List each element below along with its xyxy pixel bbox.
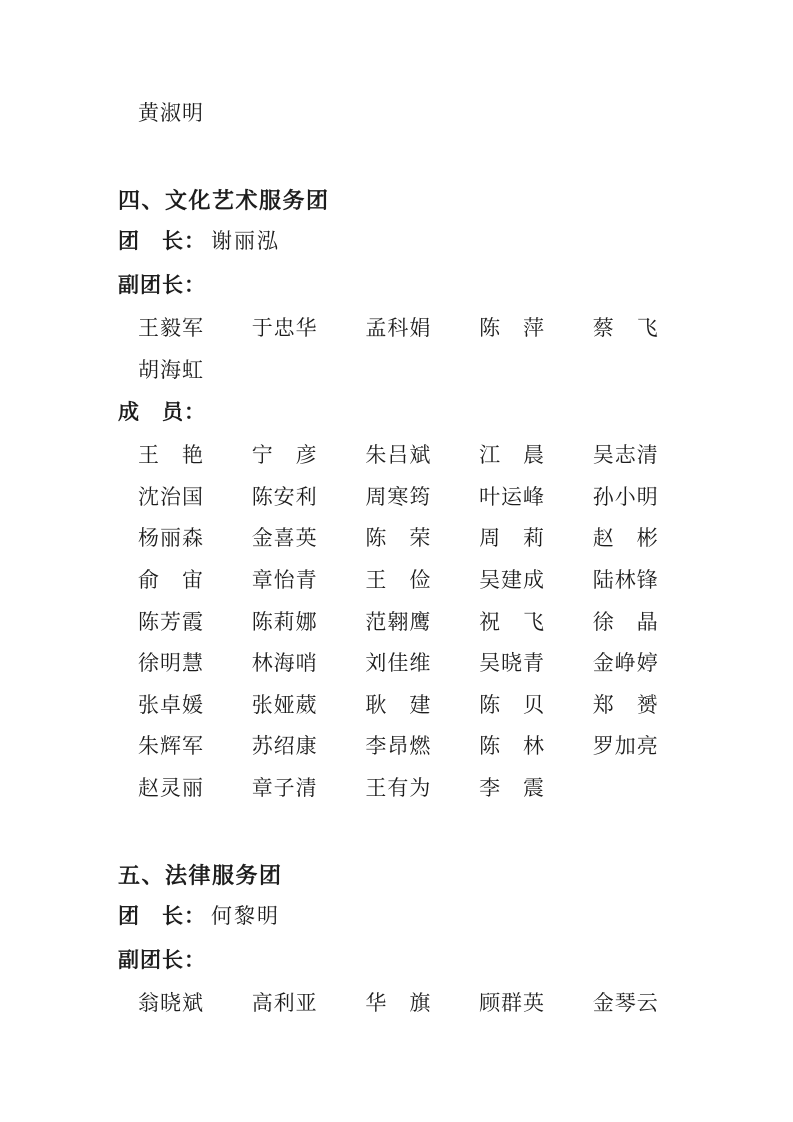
leader-name: 何黎明 — [211, 904, 280, 928]
name-row: 黄淑明 — [0, 93, 793, 135]
person-name: 王 艳 — [138, 435, 252, 477]
name-row: 胡海虹 — [0, 350, 793, 392]
person-name: 陆林锋 — [593, 560, 707, 602]
person-name: 吴志清 — [593, 435, 707, 477]
person-name: 徐 晶 — [593, 602, 707, 644]
person-name: 金喜英 — [252, 518, 366, 560]
name-row: 翁晓斌高利亚华 旗顾群英金琴云 — [0, 983, 793, 1025]
name-row: 陈芳霞陈莉娜范翱鹰祝 飞徐 晶 — [0, 602, 793, 644]
person-name: 郑 赟 — [593, 685, 707, 727]
person-name: 苏绍康 — [252, 726, 366, 768]
person-name: 赵 彬 — [593, 518, 707, 560]
name-row: 杨丽森金喜英陈 荣周 莉赵 彬 — [0, 518, 793, 560]
name-row: 王毅军于忠华孟科娟陈 萍蔡 飞 — [0, 308, 793, 350]
person-name: 章子清 — [252, 768, 366, 810]
person-name: 沈治国 — [138, 477, 252, 519]
person-name: 孟科娟 — [365, 308, 479, 350]
person-name: 罗加亮 — [593, 726, 707, 768]
person-name: 叶运峰 — [479, 477, 593, 519]
name-row: 王 艳宁 彦朱吕斌江 晨吴志清 — [0, 435, 793, 477]
person-name: 高利亚 — [252, 983, 366, 1025]
person-name: 李昂燃 — [365, 726, 479, 768]
person-name: 胡海虹 — [138, 350, 252, 392]
role-line: 团 长：何黎明 — [0, 896, 793, 940]
person-name: 王毅军 — [138, 308, 252, 350]
person-name: 林海哨 — [252, 643, 366, 685]
section-heading: 五、法律服务团 — [0, 855, 793, 897]
person-name: 祝 飞 — [479, 602, 593, 644]
person-name: 王有为 — [365, 768, 479, 810]
person-name: 徐明慧 — [138, 643, 252, 685]
role-label: 副团长： — [118, 274, 206, 297]
person-name: 章怡青 — [252, 560, 366, 602]
document-page: 黄淑明四、文化艺术服务团团 长：谢丽泓副团长：王毅军于忠华孟科娟陈 萍蔡 飞胡海… — [0, 0, 793, 1122]
name-row: 沈治国陈安利周寒筠叶运峰孙小明 — [0, 477, 793, 519]
person-name: 蔡 飞 — [593, 308, 707, 350]
person-name: 杨丽森 — [138, 518, 252, 560]
name-row: 张卓媛张娅葳耿 建陈 贝郑 赟 — [0, 685, 793, 727]
leader-name: 谢丽泓 — [211, 229, 280, 253]
section-heading: 四、文化艺术服务团 — [0, 180, 793, 222]
role-line: 团 长：谢丽泓 — [0, 221, 793, 265]
person-name: 江 晨 — [479, 435, 593, 477]
person-name: 吴晓青 — [479, 643, 593, 685]
person-name: 黄淑明 — [138, 93, 252, 135]
name-row: 俞 宙章怡青王 俭吴建成陆林锋 — [0, 560, 793, 602]
role-label: 团 长： — [118, 230, 206, 253]
name-row: 徐明慧林海哨刘佳维吴晓青金峥婷 — [0, 643, 793, 685]
role-label: 团 长： — [118, 905, 206, 928]
person-name: 张卓媛 — [138, 685, 252, 727]
person-name: 周 莉 — [479, 518, 593, 560]
document-content: 黄淑明四、文化艺术服务团团 长：谢丽泓副团长：王毅军于忠华孟科娟陈 萍蔡 飞胡海… — [0, 0, 793, 1025]
person-name: 华 旗 — [365, 983, 479, 1025]
person-name: 陈芳霞 — [138, 602, 252, 644]
person-name: 翁晓斌 — [138, 983, 252, 1025]
person-name: 吴建成 — [479, 560, 593, 602]
person-name: 陈 贝 — [479, 685, 593, 727]
person-name: 刘佳维 — [365, 643, 479, 685]
person-name: 周寒筠 — [365, 477, 479, 519]
person-name: 宁 彦 — [252, 435, 366, 477]
role-line: 成 员： — [0, 392, 793, 436]
person-name: 赵灵丽 — [138, 768, 252, 810]
person-name: 李 震 — [479, 768, 593, 810]
role-label: 副团长： — [118, 949, 206, 972]
name-row: 朱辉军苏绍康李昂燃陈 林罗加亮 — [0, 726, 793, 768]
name-row: 赵灵丽章子清王有为李 震 — [0, 768, 793, 810]
person-name: 王 俭 — [365, 560, 479, 602]
person-name: 陈 荣 — [365, 518, 479, 560]
person-name: 朱辉军 — [138, 726, 252, 768]
person-name: 范翱鹰 — [365, 602, 479, 644]
person-name: 于忠华 — [252, 308, 366, 350]
person-name: 金峥婷 — [593, 643, 707, 685]
person-name: 陈 林 — [479, 726, 593, 768]
person-name: 俞 宙 — [138, 560, 252, 602]
person-name: 陈 萍 — [479, 308, 593, 350]
person-name: 金琴云 — [593, 983, 707, 1025]
person-name: 耿 建 — [365, 685, 479, 727]
person-name: 孙小明 — [593, 477, 707, 519]
person-name: 张娅葳 — [252, 685, 366, 727]
person-name: 陈安利 — [252, 477, 366, 519]
person-name: 顾群英 — [479, 983, 593, 1025]
person-name: 朱吕斌 — [365, 435, 479, 477]
person-name: 陈莉娜 — [252, 602, 366, 644]
role-line: 副团长： — [0, 940, 793, 984]
role-line: 副团长： — [0, 265, 793, 309]
role-label: 成 员： — [118, 401, 206, 424]
